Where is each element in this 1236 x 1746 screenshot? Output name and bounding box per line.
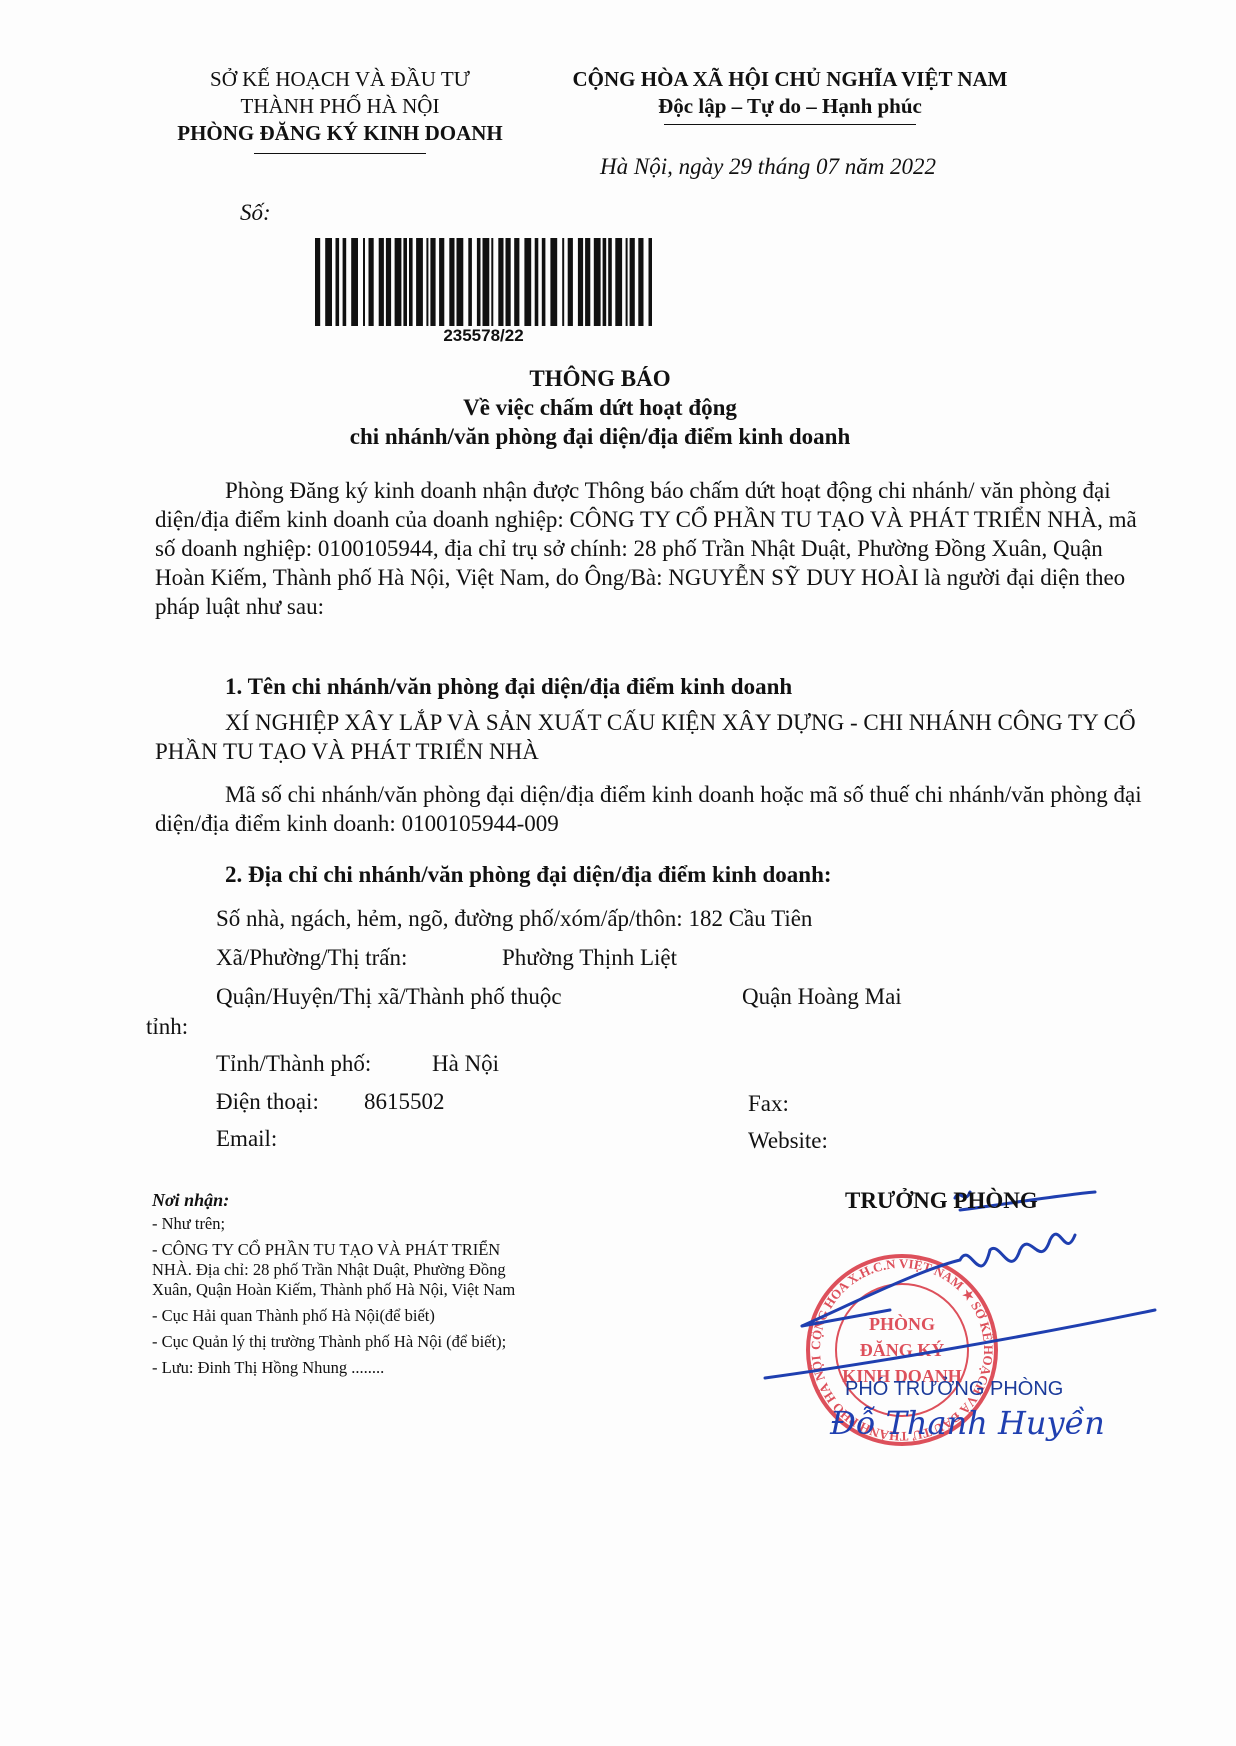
national-motto: CỘNG HÒA XÃ HỘI CHỦ NGHĨA VIỆT NAM Độc l…: [530, 66, 1050, 125]
signatory-position: PHÓ TRƯỞNG PHÒNG: [845, 1378, 1063, 1401]
website-label: Website:: [748, 1128, 828, 1154]
district-label-cont: tỉnh:: [146, 1014, 188, 1040]
country-name: CỘNG HÒA XÃ HỘI CHỦ NGHĨA VIỆT NAM: [530, 66, 1050, 93]
document-title: THÔNG BÁO Về việc chấm dứt hoạt động chi…: [150, 364, 1050, 451]
section2-heading: 2. Địa chỉ chi nhánh/văn phòng đại diện/…: [155, 860, 1145, 889]
barcode: [315, 238, 652, 326]
signatory-title: TRƯỞNG PHÒNG: [845, 1188, 1038, 1214]
intro-paragraph: Phòng Đăng ký kinh doanh nhận được Thông…: [155, 476, 1145, 621]
barcode-number: 235578/22: [315, 326, 652, 346]
recipient-item: - CÔNG TY CỔ PHẦN TU TẠO VÀ PHÁT TRIỂN N…: [152, 1240, 522, 1300]
section1-heading: 1. Tên chi nhánh/văn phòng đại diện/địa …: [155, 672, 1145, 701]
recipient-item: - Lưu: Đinh Thị Hồng Nhung ........: [152, 1358, 522, 1378]
recipients-heading: Nơi nhận:: [152, 1190, 522, 1210]
issue-date: Hà Nội, ngày 29 tháng 07 năm 2022: [600, 154, 936, 180]
title-subject: Về việc chấm dứt hoạt động: [150, 393, 1050, 422]
svg-text:PHÒNG: PHÒNG: [869, 1313, 935, 1334]
fax-label: Fax:: [748, 1091, 789, 1117]
authority-city: THÀNH PHỐ HÀ NỘI: [140, 93, 540, 120]
document-number-label: Số:: [240, 200, 271, 226]
authority-department: SỞ KẾ HOẠCH VÀ ĐẦU TƯ: [140, 66, 540, 93]
motto: Độc lập – Tự do – Hạnh phúc: [530, 93, 1050, 120]
district-label: Quận/Huyện/Thị xã/Thành phố thuộc: [216, 984, 562, 1010]
district-value: Quận Hoàng Mai: [742, 984, 902, 1010]
recipients-block: Nơi nhận: - Như trên; - CÔNG TY CỔ PHẦN …: [152, 1190, 522, 1384]
ward-value: Phường Thịnh Liệt: [502, 945, 677, 971]
ward-label: Xã/Phường/Thị trấn:: [216, 945, 407, 971]
email-label: Email:: [216, 1126, 277, 1152]
recipient-item: - Cục Quản lý thị trường Thành phố Hà Nộ…: [152, 1332, 522, 1352]
recipient-item: - Như trên;: [152, 1214, 522, 1234]
title-main: THÔNG BÁO: [150, 364, 1050, 393]
branch-name: XÍ NGHIỆP XÂY LẮP VÀ SẢN XUẤT CẤU KIỆN X…: [155, 708, 1145, 766]
divider: [664, 124, 916, 125]
issuing-authority: SỞ KẾ HOẠCH VÀ ĐẦU TƯ THÀNH PHỐ HÀ NỘI P…: [140, 66, 540, 154]
title-subject-cont: chi nhánh/văn phòng đại diện/địa điểm ki…: [150, 422, 1050, 451]
street-field: Số nhà, ngách, hẻm, ngõ, đường phố/xóm/ấ…: [216, 906, 812, 932]
street-value: 182 Cầu Tiên: [688, 906, 812, 931]
branch-code: Mã số chi nhánh/văn phòng đại diện/địa đ…: [155, 780, 1145, 838]
province-label: Tỉnh/Thành phố:: [216, 1051, 371, 1077]
phone-label: Điện thoại:: [216, 1089, 319, 1115]
recipient-item: - Cục Hải quan Thành phố Hà Nội(để biết): [152, 1306, 522, 1326]
signatory-name: Đỗ Thanh Huyền: [830, 1404, 1105, 1442]
street-label: Số nhà, ngách, hẻm, ngõ, đường phố/xóm/ấ…: [216, 906, 683, 931]
authority-office: PHÒNG ĐĂNG KÝ KINH DOANH: [140, 120, 540, 147]
province-value: Hà Nội: [432, 1051, 499, 1077]
divider: [254, 153, 426, 154]
phone-value: 8615502: [364, 1089, 445, 1115]
